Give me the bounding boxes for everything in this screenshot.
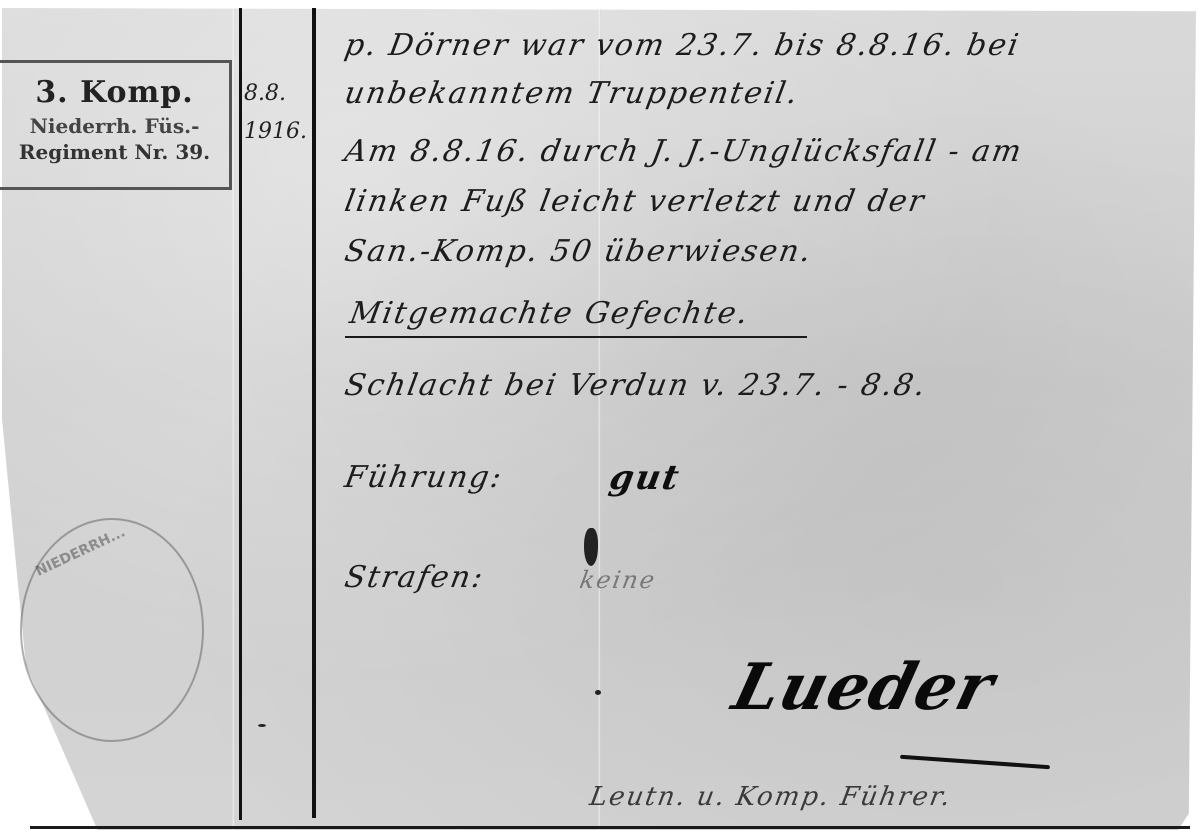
signature: Lueder bbox=[726, 650, 1002, 725]
conduct-value: gut bbox=[606, 458, 683, 498]
stamp-regiment-line1: Niederrh. Füs.- bbox=[0, 114, 229, 138]
margin-date-day-month: 8.8. bbox=[244, 75, 304, 113]
punishments-label: Strafen: bbox=[342, 560, 487, 595]
round-seal-stamp: NIEDERRH... bbox=[20, 518, 204, 742]
margin-date-year: 1916. bbox=[244, 113, 304, 151]
body-line-5: San.-Komp. 50 überwiesen. bbox=[342, 234, 815, 269]
margin-rule-left bbox=[239, 8, 242, 820]
ink-dash bbox=[258, 724, 266, 727]
stamp-company: 3. Komp. bbox=[0, 75, 229, 110]
body-line-4: linken Fuß leicht verletzt und der bbox=[342, 184, 928, 219]
fold-crease-left bbox=[232, 8, 235, 830]
margin-date: 8.8. 1916. bbox=[244, 75, 304, 151]
margin-rule-right bbox=[312, 8, 316, 818]
conduct-label: Führung: bbox=[342, 460, 506, 495]
body-line-1: p. Dörner war vom 23.7. bis 8.8.16. bei bbox=[342, 28, 1023, 63]
ink-dot bbox=[595, 690, 601, 695]
stamp-regiment-line2: Regiment Nr. 39. bbox=[0, 140, 229, 164]
signature-title: Leutn. u. Komp. Führer. bbox=[587, 782, 954, 812]
section-heading-battles: Mitgemachte Gefechte. bbox=[347, 296, 752, 331]
body-line-3: Am 8.8.16. durch J. J.-Unglücksfall - am bbox=[342, 134, 1026, 169]
body-line-2: unbekanntem Truppenteil. bbox=[342, 76, 802, 111]
fold-crease bbox=[598, 8, 601, 830]
heading-underline bbox=[345, 336, 807, 338]
ink-blot bbox=[584, 528, 598, 566]
paper-bottom-edge bbox=[30, 826, 1190, 829]
company-stamp: 3. Komp. Niederrh. Füs.- Regiment Nr. 39… bbox=[0, 60, 232, 190]
battle-entry: Schlacht bei Verdun v. 23.7. - 8.8. bbox=[342, 368, 930, 403]
punishments-value: keine bbox=[578, 566, 659, 594]
